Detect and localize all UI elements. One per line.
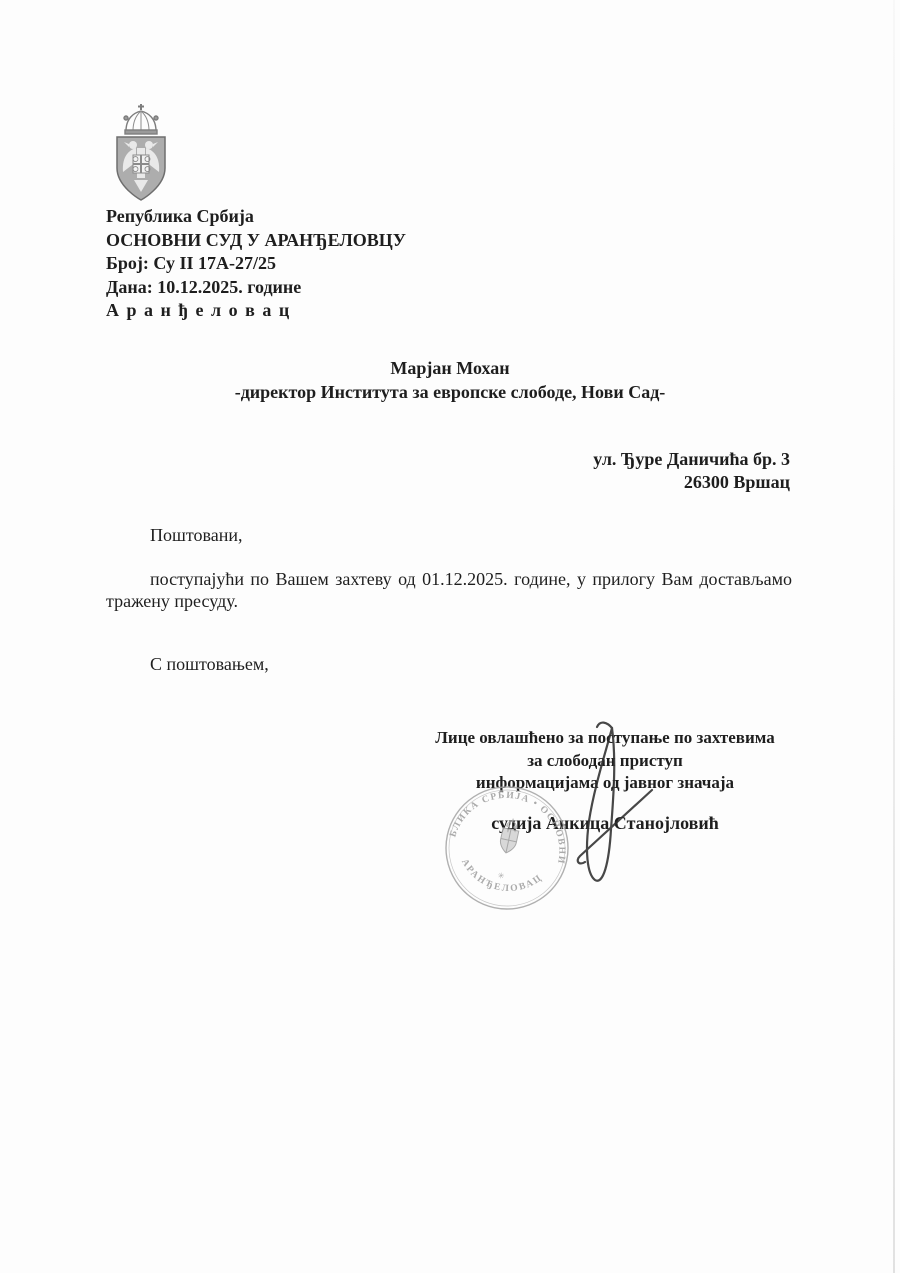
recipient-address-block: ул. Ђуре Даничића бр. 3 26300 Вршац bbox=[480, 448, 790, 494]
body-paragraph: поступајући по Вашем захтеву од 01.12.20… bbox=[106, 568, 792, 612]
letterhead-date: Дана: 10.12.2025. године bbox=[106, 276, 406, 300]
letterhead-city: А р а н ђ е л о в а ц bbox=[106, 299, 406, 323]
letterhead-case-number: Број: Су II 17А-27/25 bbox=[106, 252, 406, 276]
letterhead-country: Република Србија bbox=[106, 205, 406, 229]
salutation: Поштовани, bbox=[106, 524, 792, 546]
letter-body: Поштовани, поступајући по Вашем захтеву … bbox=[106, 524, 792, 612]
recipient-city: 26300 Вршац bbox=[480, 471, 790, 494]
recipient-name: Марјан Мохан bbox=[180, 356, 720, 380]
recipient-title: -директор Института за европске слободе,… bbox=[180, 380, 720, 404]
handwritten-signature bbox=[460, 713, 680, 903]
letterhead-court-name: ОСНОВНИ СУД У АРАНЂЕЛОВЦУ bbox=[106, 229, 406, 253]
scanned-letter-page: Република Србија ОСНОВНИ СУД У АРАНЂЕЛОВ… bbox=[0, 0, 900, 1273]
scan-edge-artifact bbox=[893, 0, 895, 1273]
recipient-street: ул. Ђуре Даничића бр. 3 bbox=[480, 448, 790, 471]
recipient-block: Марјан Мохан -директор Института за евро… bbox=[180, 356, 720, 404]
closing-phrase: С поштовањем, bbox=[106, 654, 269, 675]
letterhead: Република Србија ОСНОВНИ СУД У АРАНЂЕЛОВ… bbox=[106, 205, 406, 323]
serbia-coat-of-arms-icon bbox=[112, 102, 170, 204]
